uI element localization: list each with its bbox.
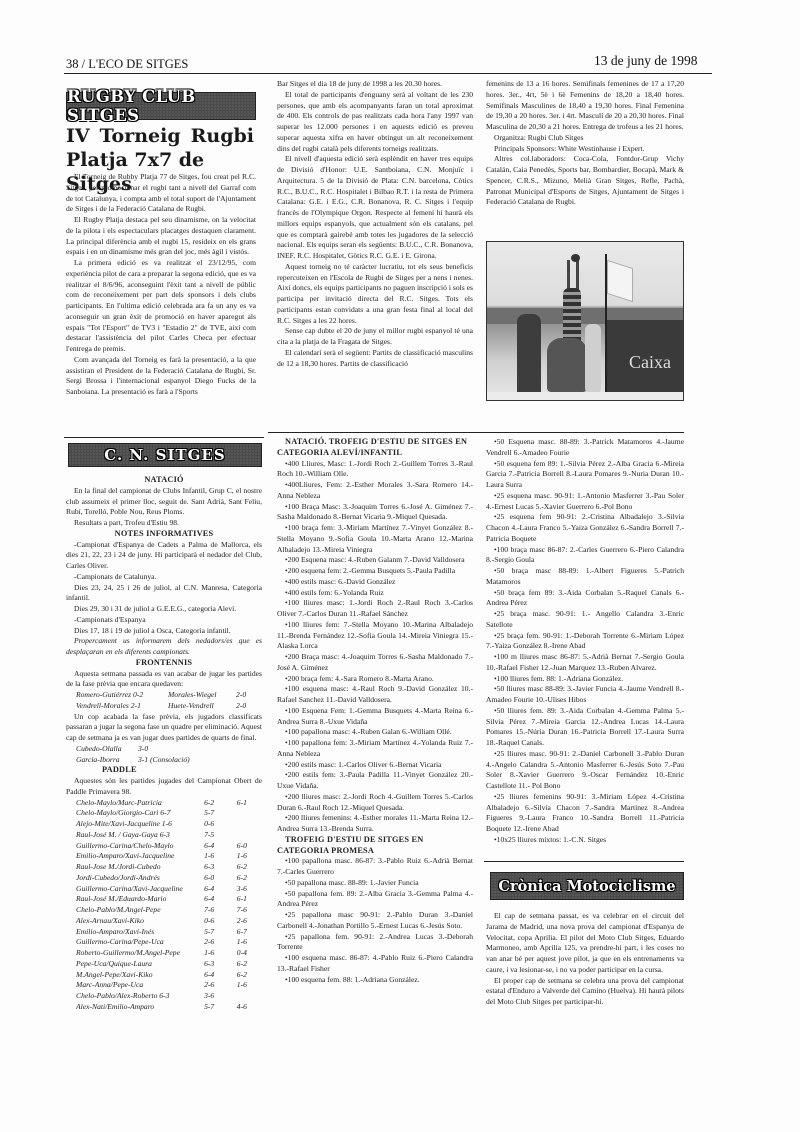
match-pair: Chelo-Pablo/M.Angel-Pepe — [76, 905, 204, 916]
table-row: Romero-Gutiérrez 0-2 Morales-Wiegel 2-0 — [76, 690, 246, 701]
note-line: -Campionats d'Espanya — [66, 615, 262, 626]
match-pair: Emilio-Amparo/Xavi-Inés — [76, 927, 204, 938]
result-line: •100 braça masc 86-87: 2.-Carles Guerrer… — [486, 545, 684, 567]
table-row: Raul-José M. / Gaya-Gaya 6-37-5 — [76, 830, 262, 841]
set-score: 6-4 — [204, 841, 237, 852]
set-score: 6-2 — [237, 873, 262, 884]
match-pair: Raul-Jose M./Jordi-Cubedo — [76, 862, 204, 873]
result-line: •100 papallona masc. 86-87: 3.-Pablo Rui… — [277, 856, 473, 878]
table-row: Alex-Nati/Emilio-Amparo5-74-6 — [76, 1002, 262, 1013]
table-row: Roberto-Guillermo/M.Angel-Pepe1-60-4 — [76, 948, 262, 959]
article-paragraph: En la final del campionat de Clubs Infan… — [66, 486, 262, 518]
set-score: 3-6 — [237, 884, 262, 895]
table-row: Chelo-Maylo/Marc-Patricia6-26-1 — [76, 798, 262, 809]
set-score: 0-4 — [237, 948, 262, 959]
result-line: •50 lliures masc 88-89: 3.-Javier Funcia… — [486, 684, 684, 706]
set-score: 1-6 — [204, 851, 237, 862]
set-score — [237, 991, 262, 1002]
result-line: •25 lliures femenins 90-91: 3.-Miriam Ló… — [486, 792, 684, 835]
set-score: 7-6 — [204, 905, 237, 916]
headline-word: IV — [66, 124, 90, 148]
result-line: •100 papallona fem: 3.-Miriam Martínez 4… — [277, 738, 473, 760]
note-line: Dies 17, 18 i 19 de juliol a Osca, Categ… — [66, 626, 262, 637]
notes-heading: NOTES INFORMATIVES — [66, 529, 262, 540]
set-score: 3-6 — [204, 991, 237, 1002]
set-score: 2-6 — [237, 916, 262, 927]
match-pair: Guillermo-Carina/Chelo-Maylo — [76, 841, 204, 852]
table-row: Raul-Jose M./Jordi-Cubedo6-36-2 — [76, 862, 262, 873]
set-score: 7-6 — [237, 905, 262, 916]
result-line: •50 Esquena masc. 88-89: 3.-Patrick Mata… — [486, 437, 684, 459]
match-pair: Raul-José M. / Gaya-Gaya 6-3 — [76, 830, 204, 841]
article-paragraph: Bar Sitges el dia 18 de juny de 1998 a l… — [277, 79, 473, 90]
match-pair: Marc-Anna/Pepe-Uca — [76, 980, 204, 991]
result-line: •100 lliures fem. 88: 1.-Adriana Gonzále… — [486, 674, 684, 685]
result-line: •50 lliures fem. 89: 3.-Aida Corbalan 4.… — [486, 706, 684, 749]
article-paragraph: Com avançada del Torneig es farà la pres… — [66, 355, 256, 398]
match-pair: Roberto-Guillermo/M.Angel-Pepe — [76, 948, 204, 959]
table-row: Cubedo-Olalla 3-0 — [76, 744, 190, 755]
result-line: •100 braça fem: 3.-Miriam Martínez 7.-Vi… — [277, 523, 473, 555]
rugby-banner-text: RUGBY CLUB SITGES — [67, 87, 255, 125]
result-line: •50 esquena fem 89: 1.-Silvia Pérez 2.-A… — [486, 459, 684, 491]
result-line: •100 Esquena Fem: 1.-Gemma Busquets 4.-M… — [277, 706, 473, 728]
result-line: •400 Lliures, Masc: 1.-Jordi Roch 2.-Gui… — [277, 459, 473, 481]
set-score: 4-6 — [237, 1002, 262, 1013]
flag-icon — [607, 260, 633, 302]
note-line: Dies 23, 24, 25 i 26 de juliol, al C.N. … — [66, 583, 262, 605]
article-paragraph: El Torneig de Rubby Platja 77 de Sitges,… — [66, 172, 256, 215]
match-pair: Emilio-Amparo/Xavi-Jacqueline — [76, 851, 204, 862]
result-line: •200 lliures femenins: 4.-Esther morales… — [277, 813, 473, 835]
result-line: •25 papallona masc 90-91: 2.-Pablo Duran… — [277, 910, 473, 932]
article-paragraph: Aquesta setmana passada es van acabar de… — [66, 669, 262, 691]
table-row: Chelo-Pablo/M.Angel-Pepe7-67-6 — [76, 905, 262, 916]
result-line: •100 lliures fem: 7.-Stella Moyano 10.-M… — [277, 620, 473, 652]
result-line: •400Lliures, Fem: 2.-Esther Morales 3.-S… — [277, 480, 473, 502]
article-paragraph: El nivell d'aquesta edició serà esplèndi… — [277, 154, 473, 262]
table-row: Guillermo-Carina/Pepe-Uca2-61-6 — [76, 937, 262, 948]
set-score: 2-6 — [204, 980, 237, 991]
moto-section-banner: Crònica Motociclisme — [490, 872, 684, 900]
result-line: •400 estils fem: 6.-Yolanda Ruiz — [277, 588, 473, 599]
set-score: 6-3 — [204, 959, 237, 970]
match-pair: Pepe-Uca/Quique-Laura — [76, 959, 204, 970]
table-row: Vendrell-Morales 2-1 Huete-Vendrell 2-0 — [76, 701, 246, 712]
article-paragraph: El proper cap de setmana se celebra una … — [486, 976, 684, 1008]
rugby-article-col3: femenins de 13 a 16 hores. Semifinals fe… — [486, 79, 684, 208]
match-pair: Chelo-Maylo/Marc-Patricia — [76, 798, 204, 809]
note-line: -Campionat d'Espanya de Cadets a Palma d… — [66, 540, 262, 572]
frontennis-heading: FRONTENNIS — [66, 658, 262, 669]
set-score: 6-2 — [237, 959, 262, 970]
set-score: 6-0 — [204, 873, 237, 884]
set-score: 6-1 — [237, 798, 262, 809]
set-score: 1-6 — [237, 980, 262, 991]
match-pair: Alex-Nati/Emilio-Amparo — [76, 1002, 204, 1013]
table-row: Chelo-Maylo/Giorgio-Cari 6-75-7 — [76, 808, 262, 819]
collaborators-line: Altres col.laboradors: Coca-Cola, Fontdo… — [486, 154, 684, 208]
table-row: Garcia-Iborra 3-1 (Consolació) — [76, 755, 190, 766]
table-row: Alex-Arnau/Xavi-Kiko0-62-6 — [76, 916, 262, 927]
rugby-ball-icon — [571, 254, 580, 262]
result-line: •50 papallona fem. 89: 2.-Alba Gracia 3.… — [277, 889, 473, 911]
trofeig-article-col2: NATACIÓ. TROFEIG D'ESTIU DE SITGES EN CA… — [277, 437, 473, 985]
result-line: •200 Braça masc: 4.-Joaquim Torres 6.-Sa… — [277, 652, 473, 674]
match-pair: M.Angel-Pepe/Xavi-Kiko — [76, 970, 204, 981]
set-score: 5-7 — [204, 808, 237, 819]
paddle-heading: PADDLE — [66, 765, 262, 776]
result-line: •200 estils fem: 3.-Paula Padilla 11.-Vi… — [277, 770, 473, 792]
article-paragraph: El calendari serà el següent: Partits de… — [277, 348, 473, 370]
trofeig-article-col3: •50 Esquena masc. 88-89: 3.-Patrick Mata… — [486, 437, 684, 846]
result-line: •25 papallona fem. 90-91: 2.-Andrea Luca… — [277, 932, 473, 954]
cn-sitges-banner: C. N. SITGES — [68, 443, 262, 467]
article-paragraph: Aquest torneig no té caràcter lucratiu, … — [277, 262, 473, 327]
article-paragraph: El cap de setmana passat, es va celebrar… — [486, 911, 684, 976]
table-row: Pepe-Uca/Quique-Laura6-36-2 — [76, 959, 262, 970]
table-row: Jordi-Cubedo/Jordi-Andrés6-06-2 — [76, 873, 262, 884]
result-line: •25 esquena masc. 90-91: 1.-Antonio Masf… — [486, 491, 684, 513]
result-line: •50 braça fem 89: 3.-Aida Corbalan 5.-Ra… — [486, 588, 684, 610]
match-pair: Guillermo-Carina/Xavi-Jacqueline — [76, 884, 204, 895]
table-row: Raul-José M./Eduardo-Mario6-46-1 — [76, 894, 262, 905]
table-row: M.Angel-Pepe/Xavi-Kiko6-46-2 — [76, 970, 262, 981]
match-pair: Chelo-Maylo/Giorgio-Cari 6-7 — [76, 808, 204, 819]
match-pair: Jordi-Cubedo/Jordi-Andrés — [76, 873, 204, 884]
match-pair: Guillermo-Carina/Pepe-Uca — [76, 937, 204, 948]
article-paragraph: El Rugby Platja destaca pel seu dinamism… — [66, 215, 256, 258]
moto-banner-text: Crònica Motociclisme — [498, 878, 675, 895]
section-rule — [484, 861, 684, 862]
set-score: 6-2 — [204, 798, 237, 809]
result-line: •100 esquena masc. 86-87: 4.-Pablo Ruiz … — [277, 953, 473, 975]
table-row: Alejo-Mite/Xavi-Jacqueline 1-60-6 — [76, 819, 262, 830]
page-label: 38 / L'ECO DE SITGES — [66, 57, 188, 72]
table-row: Guillermo-Carina/Chelo-Maylo6-46-0 — [76, 841, 262, 852]
section-rule — [64, 437, 264, 438]
result-line: •200 esquena fem: 2.-Gemma Busquets 5.-P… — [277, 566, 473, 577]
result-line: •400 estils masc: 6.-David González — [277, 577, 473, 588]
result-line: •100 esquena masc: 4.-Raul Roch 9.-David… — [277, 684, 473, 706]
table-row: Emilio-Amparo/Xavi-Inés5-76-7 — [76, 927, 262, 938]
result-line: •10x25 lliures mixtos: 1.-C.N. Sitges — [486, 835, 684, 846]
result-line: •100 m lliures masc 86-87: 5.-Adrià Bern… — [486, 652, 684, 674]
header-rule — [64, 73, 712, 74]
alevi-results-list: •400 Lliures, Masc: 1.-Jordi Roch 2.-Gui… — [277, 459, 473, 835]
section-rule — [484, 432, 684, 433]
headline-word: Torneig — [100, 124, 181, 148]
set-score: 6-2 — [237, 970, 262, 981]
natacio-heading: NATACIÓ — [66, 475, 262, 486]
note-line: -Campionats de Catalunya. — [66, 572, 262, 583]
sponsors-line: Principals Sponsors: White Westinhause i… — [486, 144, 684, 155]
paddle-results-table: Chelo-Maylo/Marc-Patricia6-26-1Chelo-May… — [76, 798, 262, 1013]
set-score: 0-6 — [204, 916, 237, 927]
set-score: 6-4 — [204, 884, 237, 895]
result-line: •25 lliures masc. 90-91: 2.-Daniel Carbo… — [486, 749, 684, 792]
set-score: 1-6 — [237, 937, 262, 948]
headline-word: Rugbi — [191, 124, 254, 148]
table-row: Marc-Anna/Pepe-Uca2-61-6 — [76, 980, 262, 991]
article-paragraph: Un cop acabada la fase prèvia, els jugad… — [66, 712, 262, 744]
set-score — [237, 808, 262, 819]
note-italic: Propercament us informarem dels nedadors… — [66, 636, 262, 658]
organizer-line: Organitza: Rugbi Club Sitges — [486, 133, 684, 144]
article-paragraph: Aquestes són les partides jugades del Ca… — [66, 776, 262, 798]
table-row: Guillermo-Carina/Xavi-Jacqueline6-43-6 — [76, 884, 262, 895]
table-row: Emilio-Amparo/Xavi-Jacqueline1-61-6 — [76, 851, 262, 862]
cn-sitges-banner-text: C. N. SITGES — [104, 446, 225, 464]
cn-sitges-article: NATACIÓ En la final del campionat de Clu… — [66, 475, 262, 1013]
rugby-article-col2: Bar Sitges el dia 18 de juny de 1998 a l… — [277, 79, 473, 369]
photo-banner-text: Caixa — [629, 352, 671, 373]
trofeig-alevi-heading: NATACIÓ. TROFEIG D'ESTIU DE SITGES EN CA… — [277, 437, 473, 459]
rugby-section-banner: RUGBY CLUB SITGES — [66, 92, 256, 120]
result-line: •25 braça fem. 90-91: 1.-Deborah Torrent… — [486, 631, 684, 653]
set-score: 7-5 — [204, 830, 237, 841]
result-line: •50 papallona masc. 88-89: 1.-Javier Fun… — [277, 878, 473, 889]
set-score: 1-6 — [237, 851, 262, 862]
result-line: •200 lliures masc: 2.-Jordi Roch 4.-Guil… — [277, 792, 473, 814]
match-pair: Raul-José M./Eduardo-Mario — [76, 894, 204, 905]
set-score: 5-7 — [204, 927, 237, 938]
section-rule — [268, 432, 484, 433]
result-line: •100 papallona masc: 4.-Ruben Galan 6.-W… — [277, 727, 473, 738]
set-score: 6-3 — [204, 862, 237, 873]
set-score: 6-4 — [204, 970, 237, 981]
article-paragraph: Resultats a part, Trofeu d'Estiu 98. — [66, 518, 262, 529]
article-paragraph: El total de participants d'enguany serà … — [277, 90, 473, 155]
set-score: 6-7 — [237, 927, 262, 938]
frontennis-prev-results: Romero-Gutiérrez 0-2 Morales-Wiegel 2-0 … — [76, 690, 246, 712]
result-line: •100 lliures masc: 1.-Jordi Roch 2.-Raul… — [277, 598, 473, 620]
set-score: 6-2 — [237, 862, 262, 873]
newspaper-page: 38 / L'ECO DE SITGES 13 de juny de 1998 … — [0, 0, 800, 1132]
set-score — [237, 830, 262, 841]
set-score: 5-7 — [204, 1002, 237, 1013]
promesa-results-list: •100 papallona masc. 86-87: 3.-Pablo Rui… — [277, 856, 473, 985]
set-score: 6-1 — [237, 894, 262, 905]
table-row: Chelo-Pablo/Alex-Roberto 6-33-6 — [76, 991, 262, 1002]
set-score: 2-6 — [204, 937, 237, 948]
set-score: 6-0 — [237, 841, 262, 852]
result-line: •100 Braça Masc: 3.-Joaquim Torres 6.-Jo… — [277, 502, 473, 524]
set-score: 6-4 — [204, 894, 237, 905]
match-pair: Chelo-Pablo/Alex-Roberto 6-3 — [76, 991, 204, 1002]
rugby-photo: Caixa — [486, 241, 684, 401]
set-score — [237, 819, 262, 830]
set-score: 1-6 — [204, 948, 237, 959]
trofeig-promesa-heading: TROFEIG D'ESTIU DE SITGES EN CATEGORIA P… — [277, 835, 473, 857]
rugby-article-col1: El Torneig de Rubby Platja 77 de Sitges,… — [66, 172, 256, 398]
note-line: Dies 29, 30 i 31 de juliol a G.E.E.G., c… — [66, 604, 262, 615]
result-line: •25 esquena fem 90-91: 2.-Cristina Albad… — [486, 512, 684, 544]
article-paragraph: femenins de 13 a 16 hores. Semifinals fe… — [486, 79, 684, 133]
result-line: •200 Esquena masc: 4.-Ruben Galanm 7.-Da… — [277, 555, 473, 566]
result-line: •100 esquena fem. 88: 1.-Adriana Gonzále… — [277, 975, 473, 986]
issue-date: 13 de juny de 1998 — [594, 53, 698, 69]
match-pair: Alejo-Mite/Xavi-Jacqueline 1-6 — [76, 819, 204, 830]
article-paragraph: Sense cap dubte el 20 de juny el millor … — [277, 326, 473, 348]
article-paragraph: La primera edició es va realitzat el 23/… — [66, 258, 256, 355]
result-line: •50 braça masc 88-89: 1.-Albert Figueres… — [486, 566, 684, 588]
result-line: •25 braça masc. 90-91: 1.- Angello Calan… — [486, 609, 684, 631]
result-line: •200 estils masc: 1.-Carlos Oliver 6.-Be… — [277, 760, 473, 771]
moto-article: El cap de setmana passat, es va celebrar… — [486, 911, 684, 1008]
frontennis-quarters: Cubedo-Olalla 3-0 Garcia-Iborra 3-1 (Con… — [76, 744, 190, 766]
promesa-results-list-cont: •50 Esquena masc. 88-89: 3.-Patrick Mata… — [486, 437, 684, 846]
result-line: •200 braça fem: 4.-Sara Romero 8.-Marta … — [277, 674, 473, 685]
set-score: 0-6 — [204, 819, 237, 830]
match-pair: Alex-Arnau/Xavi-Kiko — [76, 916, 204, 927]
